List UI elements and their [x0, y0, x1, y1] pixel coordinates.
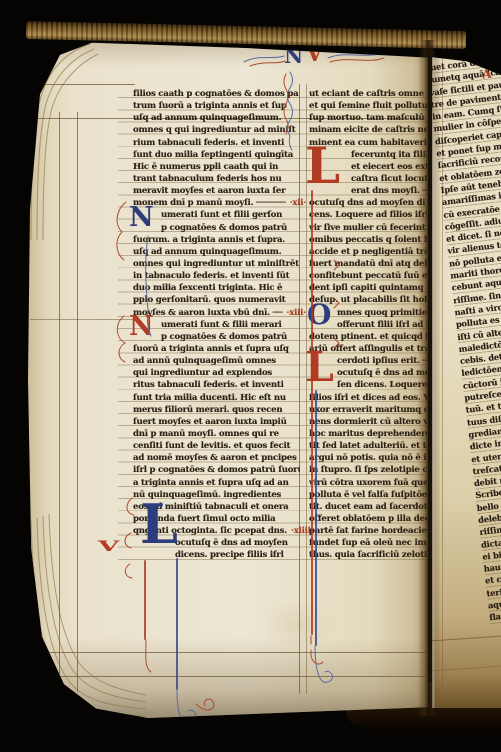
- pen-flourishes: [28, 40, 428, 718]
- left-page: N V filios caath p cognatōes & domos pat…: [28, 40, 428, 718]
- right-page: tuet corā domino.ſumetq aquā ſcām invaſe…: [432, 46, 501, 708]
- manuscript-book-photo: tuet corā domino.ſumetq aquā ſcām invaſe…: [0, 0, 501, 752]
- right-page-capital: A: [481, 68, 492, 81]
